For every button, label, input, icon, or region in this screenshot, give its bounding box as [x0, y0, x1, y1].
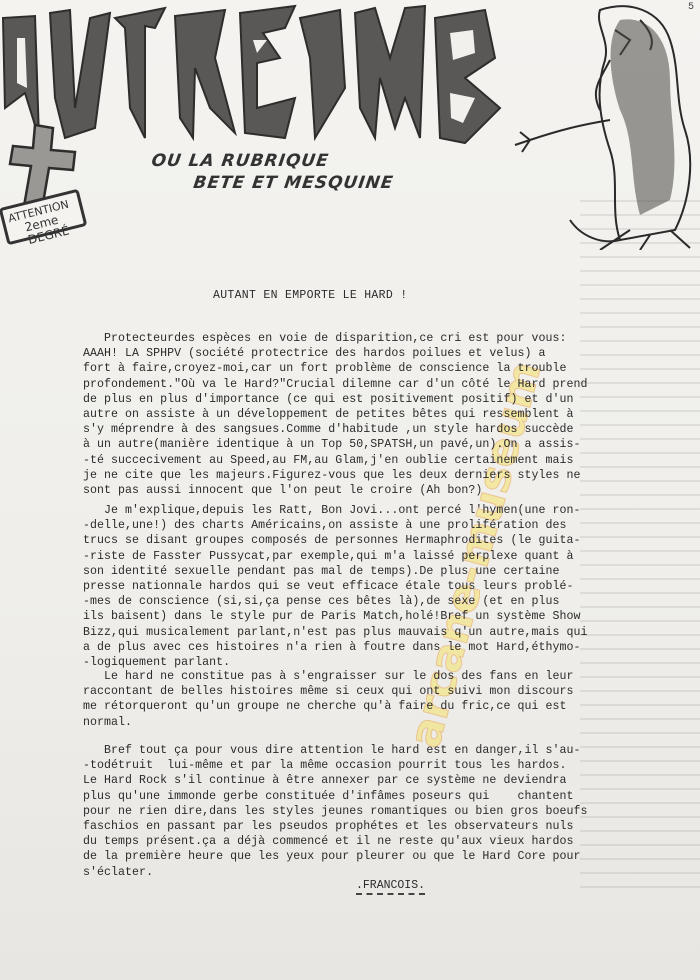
article-paragraph-4: Bref tout ça pour vous dire attention le… — [83, 743, 663, 880]
article-title: AUTANT EN EMPORTE LE HARD ! — [213, 289, 407, 302]
article-paragraph-3: Le hard ne constitue pas à s'engraisser … — [83, 669, 663, 730]
author-signature: .FRANCOIS. — [356, 879, 425, 895]
article-paragraph-1: Protecteurdes espèces en voie de dispari… — [83, 331, 663, 498]
subtitle-line-1: OU LA RUBRIQUE — [150, 150, 398, 172]
zombie-illustration — [500, 0, 700, 250]
zine-page: 5 ATTENTION 2eme DEGRÉ OU LA RUBRIQUE — [0, 0, 700, 980]
article-paragraph-2: Je m'explique,depuis les Ratt, Bon Jovi.… — [83, 503, 663, 670]
subtitle-line-2: BETE ET MESQUINE — [147, 172, 395, 194]
logo-subtitle: OU LA RUBRIQUE BETE ET MESQUINE — [147, 150, 398, 194]
